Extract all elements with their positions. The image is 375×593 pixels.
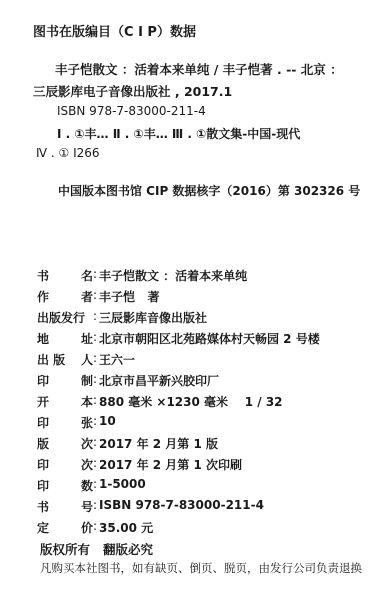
publisher-value: 三辰影库音像出版社 [99, 309, 207, 326]
label: 名 [81, 267, 93, 284]
label: 印 [37, 414, 49, 431]
detail-row-edition: 版次:2017 年 2 月第 1 版 [37, 435, 218, 452]
label: 价 [81, 519, 93, 536]
printer-value: 北京市昌平新兴胶印厂 [99, 372, 219, 389]
detail-row-printing: 印次:2017 年 2 月第 1 次印刷 [37, 456, 242, 473]
label: 印 [37, 477, 49, 494]
edition-value: 2017 年 2 月第 1 版 [99, 435, 218, 452]
label: 制 [81, 372, 93, 389]
detail-row-print-run: 印数:1-5000 [37, 477, 146, 494]
cip-classification-2: Ⅳ . ① I266 [36, 146, 100, 160]
label: 定 [37, 519, 49, 536]
publisher-person-value: 王六一 [99, 351, 135, 368]
cip-classification: Ⅰ . ①丰… Ⅱ . ①丰… Ⅲ . ①散文集-中国-现代 [57, 125, 300, 142]
label: 出 版 [37, 351, 65, 368]
label: 本 [81, 393, 93, 410]
detail-row-isbn: 书号:ISBN 978-7-83000-211-4 [37, 498, 264, 515]
label: 印 [37, 372, 49, 389]
detail-row-publisher: 出版发行:三辰影库音像出版社 [37, 309, 207, 326]
cip-heading: 图书在版编目（C I P）数据 [33, 21, 196, 40]
cip-line-1: 丰子恺散文 ：活着本来单纯 / 丰子恺著 . -- 北京 ： [55, 60, 343, 78]
detail-row-address: 地址:北京市朝阳区北苑路媒体村天畅园 2 号楼 [37, 330, 320, 347]
sheets-value: 10 [99, 414, 116, 431]
label: 数 [81, 477, 93, 494]
label: 人 [81, 351, 93, 368]
label: 张 [81, 414, 93, 431]
book-title-value: 丰子恺散文 ：活着本来单纯 [99, 267, 247, 284]
detail-row-author: 作者:丰子恺 著 [37, 288, 160, 305]
format-value: 880 毫米 ×1230 毫米 1 / 32 [99, 393, 283, 410]
label: 书 [37, 498, 49, 515]
return-policy-notice: 凡购买本社图书，如有缺页、倒页、脱页，由发行公司负责退换 [40, 560, 362, 576]
detail-row-price: 定价:35.00 元 [37, 519, 153, 536]
detail-row-format: 开本:880 毫米 ×1230 毫米 1 / 32 [37, 393, 283, 410]
address-value: 北京市朝阳区北苑路媒体村天畅园 2 号楼 [99, 330, 320, 347]
cip-line-2: 三辰影库电子音像出版社 , 2017.1 [33, 82, 232, 100]
detail-row-printer: 印制:北京市昌平新兴胶印厂 [37, 372, 219, 389]
price-value: 35.00 元 [99, 519, 153, 536]
detail-row-publisher-person: 出 版人:王六一 [37, 351, 135, 368]
label: 号 [81, 498, 93, 515]
label: 开 [37, 393, 49, 410]
label: 次 [81, 435, 93, 452]
label: 书 [37, 267, 49, 284]
label: 地 [37, 330, 49, 347]
label: 者 [81, 288, 93, 305]
cip-core-number: 中国版本图书馆 CIP 数据核字（2016）第 302326 号 [58, 182, 360, 199]
printing-value: 2017 年 2 月第 1 次印刷 [99, 456, 242, 473]
copyright-notice: 版权所有 翻版必究 [40, 540, 153, 558]
label: 出版发行 [37, 309, 85, 326]
detail-row-sheets: 印张:10 [37, 414, 116, 431]
author-value: 丰子恺 著 [99, 288, 160, 305]
label: 址 [81, 330, 93, 347]
print-run-value: 1-5000 [99, 477, 146, 494]
isbn-value: ISBN 978-7-83000-211-4 [99, 498, 264, 515]
detail-row-title: 书名:丰子恺散文 ：活着本来单纯 [37, 267, 247, 284]
label: 次 [81, 456, 93, 473]
label: 印 [37, 456, 49, 473]
label: 版 [37, 435, 49, 452]
label: 作 [37, 288, 49, 305]
cip-isbn: ISBN 978-7-83000-211-4 [57, 104, 206, 118]
